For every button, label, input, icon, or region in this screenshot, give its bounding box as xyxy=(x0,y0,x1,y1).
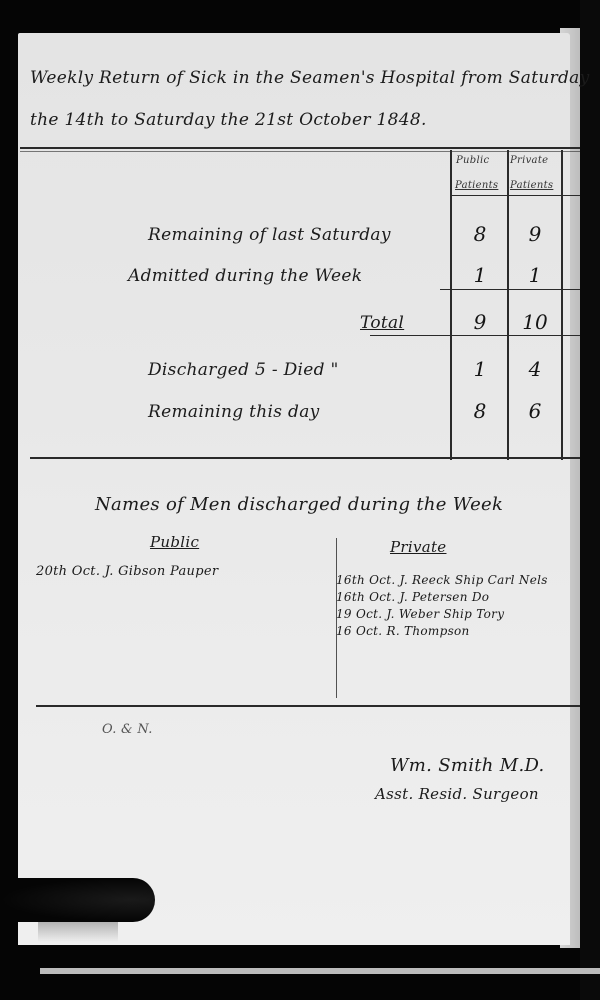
public-heading: Public xyxy=(150,533,199,551)
document-page xyxy=(18,33,570,945)
row-discharged-private: 4 xyxy=(505,357,565,381)
table-bottom-rule xyxy=(30,457,580,459)
row-remaining-last-public: 8 xyxy=(450,222,510,246)
discharged-heading: Names of Men discharged during the Week xyxy=(95,494,503,515)
thumb-shadow xyxy=(38,922,118,942)
row-label-admitted: Admitted during the Week xyxy=(128,266,362,286)
signature-name: Wm. Smith M.D. xyxy=(390,755,545,776)
row-remaining-today-private: 6 xyxy=(505,399,565,423)
row-label-remaining-last: Remaining of last Saturday xyxy=(148,225,391,245)
section-bottom-rule xyxy=(36,705,580,707)
title-line-2: the 14th to Saturday the 21st October 18… xyxy=(30,110,427,130)
row-admitted-private: 1 xyxy=(505,263,565,287)
total-rule xyxy=(370,335,580,336)
table-top-rule-secondary xyxy=(20,151,580,152)
row-total-private: 10 xyxy=(505,310,565,334)
private-entry-4: 16 Oct. R. Thompson xyxy=(336,624,470,638)
scan-background-right xyxy=(580,0,600,1000)
private-heading: Private xyxy=(390,538,446,556)
title-line-1: Weekly Return of Sick in the Seamen's Ho… xyxy=(30,68,590,88)
row-admitted-public: 1 xyxy=(450,263,510,287)
page-bottom-edge xyxy=(40,968,600,974)
col-private-header-1: Private xyxy=(510,155,548,166)
row-label-total: Total xyxy=(360,313,404,333)
private-entry-2: 16th Oct. J. Petersen Do xyxy=(336,590,489,604)
private-entry-1: 16th Oct. J. Reeck Ship Carl Nels xyxy=(336,573,548,587)
row-label-remaining-today: Remaining this day xyxy=(148,402,320,422)
thumb-holding-page xyxy=(0,878,155,922)
col-private-header-2: Patients xyxy=(510,180,553,191)
private-entry-3: 19 Oct. J. Weber Ship Tory xyxy=(336,607,504,621)
row-remaining-last-private: 9 xyxy=(505,222,565,246)
row-total-public: 9 xyxy=(450,310,510,334)
row-remaining-today-public: 8 xyxy=(450,399,510,423)
subtotal-rule xyxy=(440,289,580,290)
table-top-rule xyxy=(20,147,580,149)
row-discharged-public: 1 xyxy=(450,357,510,381)
header-underline xyxy=(452,195,580,196)
col-public-header-1: Public xyxy=(456,155,489,166)
pencil-annotation: O. & N. xyxy=(102,722,153,737)
col-public-header-2: Patients xyxy=(455,180,498,191)
row-label-discharged-died: Discharged 5 - Died " xyxy=(148,360,339,380)
public-entry: 20th Oct. J. Gibson Pauper xyxy=(36,564,218,579)
signature-title: Asst. Resid. Surgeon xyxy=(375,785,539,803)
